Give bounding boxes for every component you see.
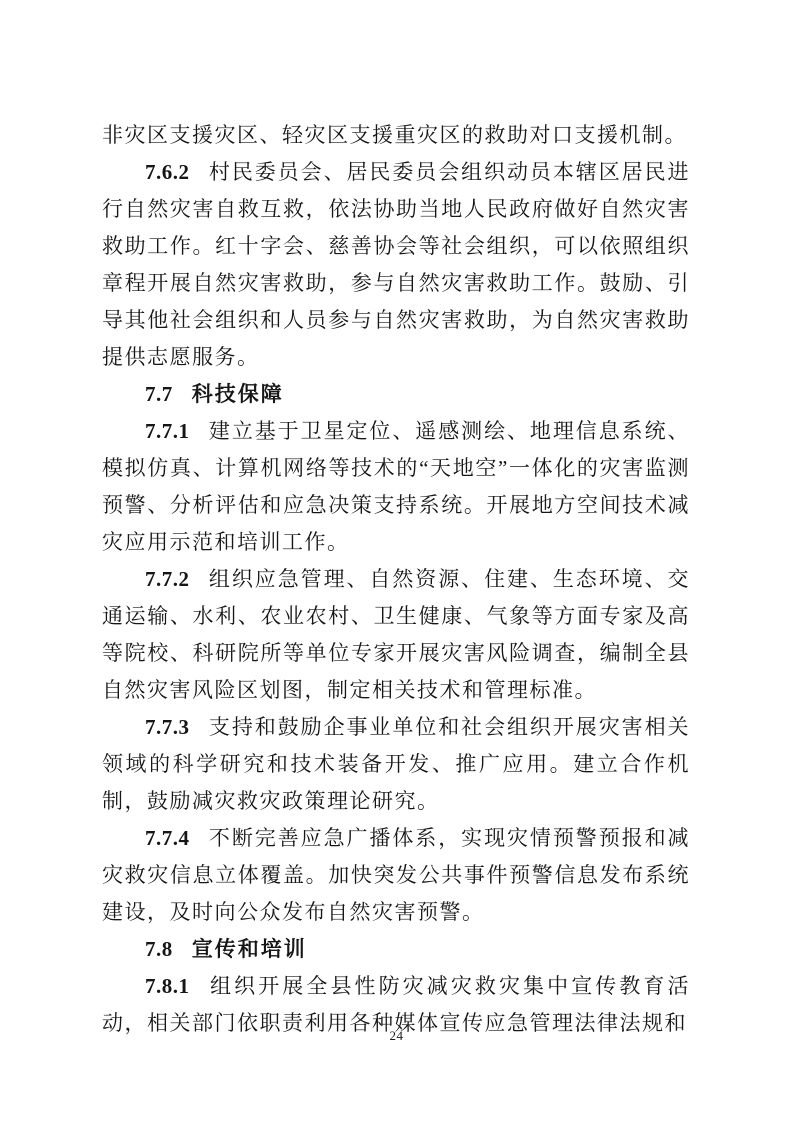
paragraph-7-7-4: 7.7.4不断完善应急广播体系，实现灾情预警预报和减灾救灾信息立体覆盖。加快突发… [102,820,690,931]
section-number: 7.7 [145,382,173,406]
section-heading-text: 宣传和培训 [192,938,307,961]
section-heading-7-8: 7.8宣传和培训 [102,931,690,968]
document-body: 非灾区支援灾区、轻灾区支援重灾区的救助对口支援机制。 7.6.2村民委员会、居民… [102,117,690,1042]
page-number: 24 [0,1028,793,1044]
section-number: 7.7.4 [145,826,190,850]
section-number: 7.6.2 [145,160,190,184]
document-page: 非灾区支援灾区、轻灾区支援重灾区的救助对口支援机制。 7.6.2村民委员会、居民… [0,0,793,1122]
section-number: 7.7.2 [145,567,190,591]
section-number: 7.7.1 [145,419,190,443]
paragraph-7-7-2: 7.7.2组织应急管理、自然资源、住建、生态环境、交通运输、水利、农业农村、卫生… [102,561,690,709]
section-heading-text: 科技保障 [192,383,284,406]
paragraph-text: 支持和鼓励企事业单位和社会组织开展灾害相关领域的科学研究和技术装备开发、推广应用… [102,715,690,813]
paragraph-text: 不断完善应急广播体系，实现灾情预警预报和减灾救灾信息立体覆盖。加快突发公共事件预… [102,826,690,924]
paragraph-text: 村民委员会、居民委员会组织动员本辖区居民进行自然灾害自救互救，依法协助当地人民政… [102,160,690,369]
section-heading-7-7: 7.7科技保障 [102,376,690,413]
paragraph-7-6-2: 7.6.2村民委员会、居民委员会组织动员本辖区居民进行自然灾害自救互救，依法协助… [102,154,690,376]
paragraph-text: 建立基于卫星定位、遥感测绘、地理信息系统、模拟仿真、计算机网络等技术的“天地空”… [102,419,690,554]
paragraph-text: 组织开展全县性防灾减灾救灾集中宣传教育活动，相关部门依职责利用各种媒体宣传应急管… [102,974,690,1035]
section-number: 7.8.1 [145,974,190,998]
paragraph-7-7-3: 7.7.3支持和鼓励企事业单位和社会组织开展灾害相关领域的科学研究和技术装备开发… [102,709,690,820]
section-number: 7.7.3 [145,715,190,739]
paragraph-text: 组织应急管理、自然资源、住建、生态环境、交通运输、水利、农业农村、卫生健康、气象… [102,567,690,702]
paragraph-text: 非灾区支援灾区、轻灾区支援重灾区的救助对口支援机制。 [102,123,687,147]
paragraph-continuation: 非灾区支援灾区、轻灾区支援重灾区的救助对口支援机制。 [102,117,690,154]
section-number: 7.8 [145,937,173,961]
paragraph-7-7-1: 7.7.1建立基于卫星定位、遥感测绘、地理信息系统、模拟仿真、计算机网络等技术的… [102,413,690,561]
